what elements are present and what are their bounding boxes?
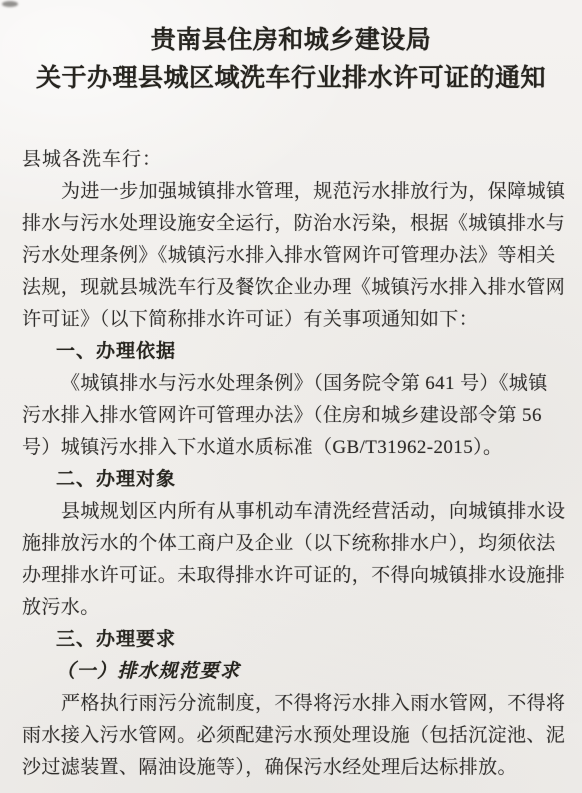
salutation-line: 县城各洗车行： — [22, 144, 562, 176]
body-line: 号）城镇污水排入下水道水质标准（GB/T31962-2015）。 — [22, 432, 562, 464]
body-line: 县城规划区内所有从事机动车清洗经营活动，向城镇排水设 — [22, 496, 562, 528]
body-line: 《城镇排水与污水处理条例》（国务院令第 641 号）《城镇 — [22, 368, 562, 400]
body-line: 污水处理条例》《城镇污水排入排水管网许可管理办法》等相关 — [22, 240, 562, 272]
body-line: 施排放污水的个体工商户及企业（以下统称排水户），均须依法 — [22, 528, 562, 560]
body-line: 办理排水许可证。未取得排水许可证的，不得向城镇排水设施排 — [22, 560, 562, 592]
body-line: 沙过滤装置、隔油设施等），确保污水经处理后达标排放。 — [22, 752, 562, 784]
title-line-1: 贵南县住房和城乡建设局 — [0, 22, 582, 60]
body-line: 排水与污水处理设施安全运行，防治水污染，根据《城镇排水与 — [22, 208, 562, 240]
body-line: 法规，现就县城洗车行及餐饮企业办理《城镇污水排入排水管网 — [22, 272, 562, 304]
sub-heading-1: （一）排水规范要求 — [22, 656, 562, 688]
body-line: 严格执行雨污分流制度，不得将污水排入雨水管网，不得将 — [22, 688, 562, 720]
title-line-2: 关于办理县城区域洗车行业排水许可证的通知 — [0, 60, 582, 98]
body-line: 为进一步加强城镇排水管理，规范污水排放行为，保障城镇 — [22, 176, 562, 208]
body-line: 污水排入排水管网许可管理办法》（住房和城乡建设部令第 56 — [22, 400, 562, 432]
section-heading-3: 三、办理要求 — [22, 624, 562, 656]
document-page: 贵南县住房和城乡建设局 关于办理县城区域洗车行业排水许可证的通知 县城各洗车行：… — [0, 0, 582, 793]
section-heading-1: 一、办理依据 — [22, 336, 562, 368]
section-heading-2: 二、办理对象 — [22, 464, 562, 496]
document-body: 县城各洗车行： 为进一步加强城镇排水管理，规范污水排放行为，保障城镇 排水与污水… — [22, 144, 562, 784]
body-line: 放污水。 — [22, 592, 562, 624]
scan-artifact-speck — [2, 1, 18, 7]
body-line: 许可证》（以下简称排水许可证）有关事项通知如下： — [22, 304, 562, 336]
body-line: 雨水接入污水管网。必须配建污水预处理设施（包括沉淀池、泥 — [22, 720, 562, 752]
document-title: 贵南县住房和城乡建设局 关于办理县城区域洗车行业排水许可证的通知 — [0, 0, 582, 98]
